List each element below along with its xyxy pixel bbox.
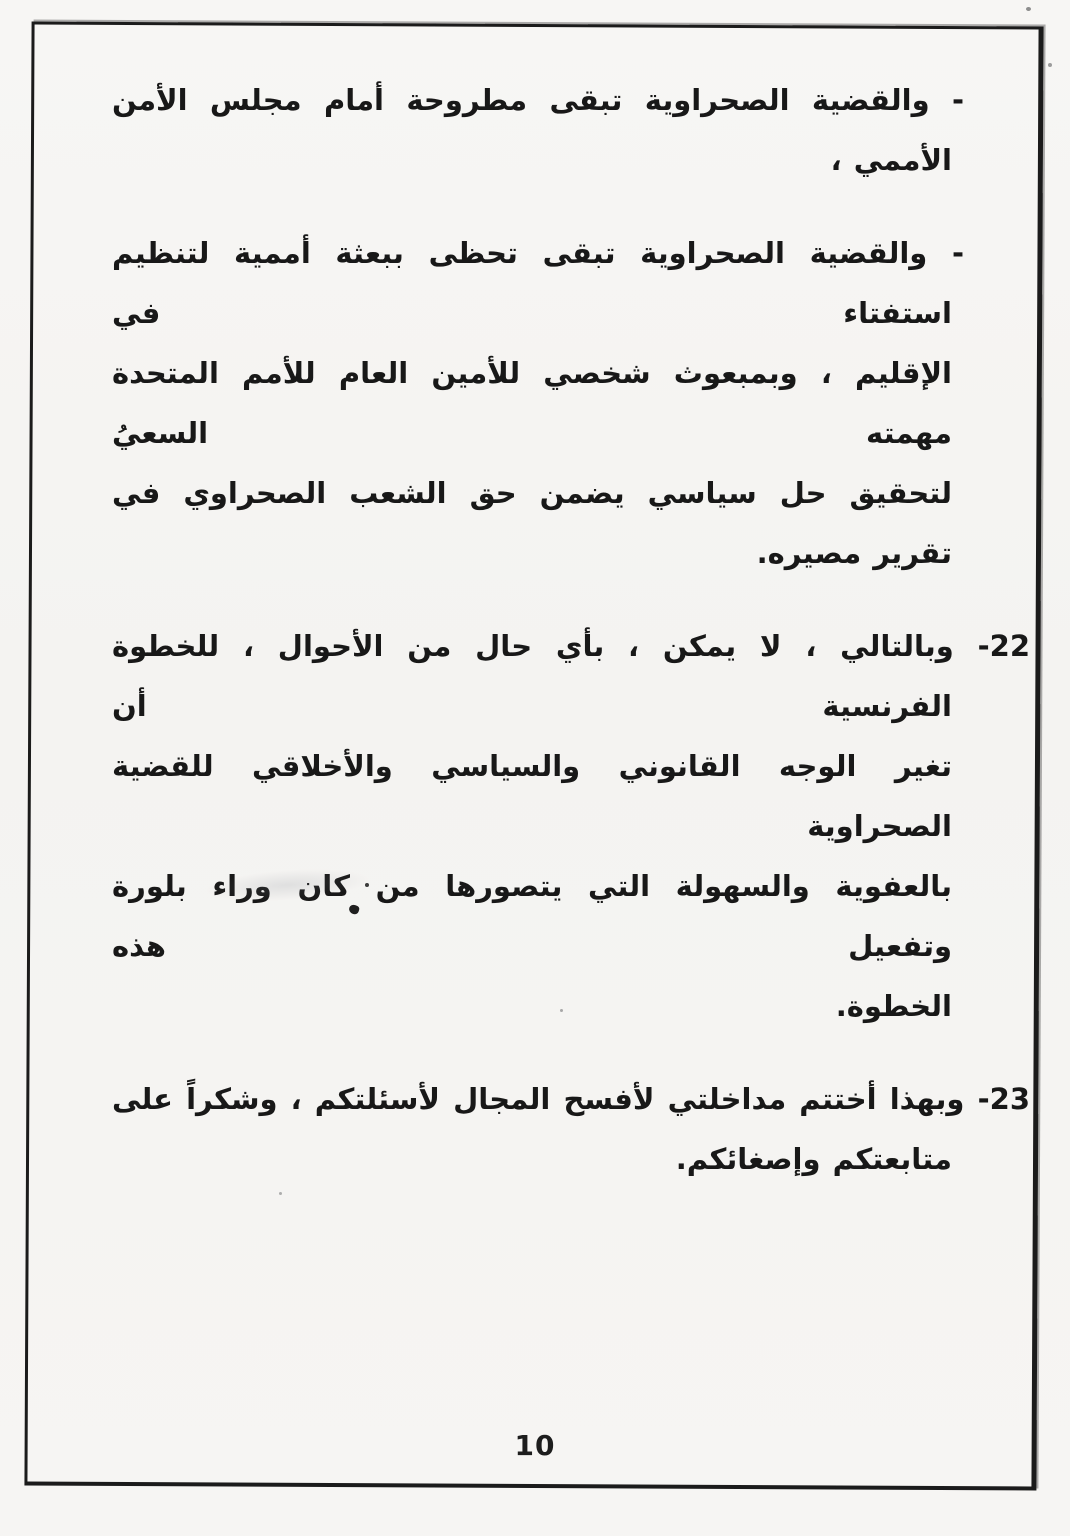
page-number: 10 xyxy=(0,1429,1070,1462)
paragraph-23: 23- وبهذا أختتم مداخلتي لأفسح المجال لأس… xyxy=(112,1069,1030,1189)
paragraph-dash-2: - والقضية الصحراوية تبقى تحظى ببعثة أممي… xyxy=(112,223,1030,583)
dash-marker: - xyxy=(952,83,964,117)
text-line: تغير الوجه القانوني والسياسي والأخلاقي ل… xyxy=(112,736,952,856)
scan-artifact-speck xyxy=(1048,63,1052,67)
line-text: وبالتالي ، لا يمكن ، بأي حال من الأحوال … xyxy=(112,629,954,723)
line-text: وبهذا أختتم مداخلتي لأفسح المجال لأسئلتك… xyxy=(112,1082,964,1116)
text-line: الخطوة. xyxy=(112,976,952,1036)
line-text: والقضية الصحراوية تبقى تحظى ببعثة أممية … xyxy=(112,236,952,330)
text-line: 23- وبهذا أختتم مداخلتي لأفسح المجال لأس… xyxy=(112,1069,952,1129)
document-body: - والقضية الصحراوية تبقى مطروحة أمام مجل… xyxy=(112,70,1030,1222)
text-line: متابعتكم وإصغائكم. xyxy=(112,1129,952,1189)
paragraph-dash-1: - والقضية الصحراوية تبقى مطروحة أمام مجل… xyxy=(112,70,1030,190)
paragraph-22: 22- وبالتالي ، لا يمكن ، بأي حال من الأح… xyxy=(112,616,1030,1036)
text-line: 22- وبالتالي ، لا يمكن ، بأي حال من الأح… xyxy=(112,616,952,736)
text-line: لتحقيق حل سياسي يضمن حق الشعب الصحراوي ف… xyxy=(112,463,952,583)
dash-marker: - xyxy=(952,236,964,270)
text-line: الإقليم ، وبمبعوث شخصي للأمين العام للأم… xyxy=(112,343,952,463)
scan-artifact-speck xyxy=(1026,7,1031,11)
text-line: - والقضية الصحراوية تبقى تحظى ببعثة أممي… xyxy=(112,223,952,343)
line-text: والقضية الصحراوية تبقى مطروحة أمام مجلس … xyxy=(112,83,952,177)
item-number: 23- xyxy=(978,1082,1030,1116)
text-line: - والقضية الصحراوية تبقى مطروحة أمام مجل… xyxy=(112,70,952,190)
item-number: 22- xyxy=(978,629,1030,663)
text-line: بالعفوية والسهولة التي يتصورها من كان ور… xyxy=(112,856,952,976)
